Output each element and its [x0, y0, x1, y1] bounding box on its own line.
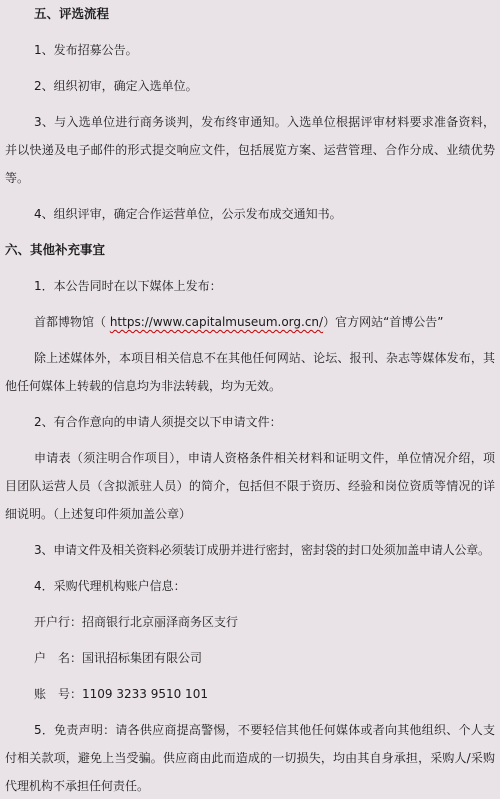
account-holder-line: 户 名：国讯招标集团有限公司	[5, 644, 495, 672]
announcement-document: 五、评选流程 1、发布招募公告。 2、组织初审，确定入选单位。 3、与入选单位进…	[0, 0, 500, 799]
section6-item-application-files: 2、有合作意向的申请人须提交以下申请文件：	[5, 408, 495, 436]
section6-item-agency-account: 4．采购代理机构账户信息：	[5, 572, 495, 600]
section5-item-final-review: 4、组织评审，确定合作运营单位，公示发布成交通知书。	[5, 200, 495, 228]
section6-item-sealing-requirement: 3、申请文件及相关资料必须装订成册并进行密封，密封袋的封口处须加盖申请人公章。	[5, 536, 495, 564]
media-line-suffix: ）官方网站“首博公告”	[323, 315, 443, 329]
section5-item-negotiation: 3、与入选单位进行商务谈判，发布终审通知。入选单位根据评审材料要求准备资料，并以…	[5, 108, 495, 192]
media-exclusivity-note: 除上述媒体外，本项目相关信息不在其他任何网站、论坛、报刊、杂志等媒体发布，其他任…	[5, 344, 495, 400]
media-line-prefix: 首都博物馆（	[34, 315, 110, 329]
capital-museum-url: https://www.capitalmuseum.org.cn/	[110, 315, 323, 329]
section5-item-initial-review: 2、组织初审，确定入选单位。	[5, 72, 495, 100]
application-files-detail: 申请表（须注明合作项目），申请人资格条件相关材料和证明文件，单位情况介绍，项目团…	[5, 444, 495, 528]
media-line: 首都博物馆（ https://www.capitalmuseum.org.cn/…	[5, 308, 495, 336]
account-bank-line: 开户行：招商银行北京丽泽商务区支行	[5, 608, 495, 636]
section6-item-media-publish: 1．本公告同时在以下媒体上发布：	[5, 272, 495, 300]
section5-item-publish-notice: 1、发布招募公告。	[5, 36, 495, 64]
account-number-line: 账 号：1109 3233 9510 101	[5, 680, 495, 708]
section5-heading: 五、评选流程	[5, 0, 495, 28]
section6-item-disclaimer: 5．免责声明：请各供应商提高警惕，不要轻信其他任何媒体或者向其他组织、个人支付相…	[5, 716, 495, 799]
section6-heading: 六、其他补充事宜	[5, 236, 495, 264]
